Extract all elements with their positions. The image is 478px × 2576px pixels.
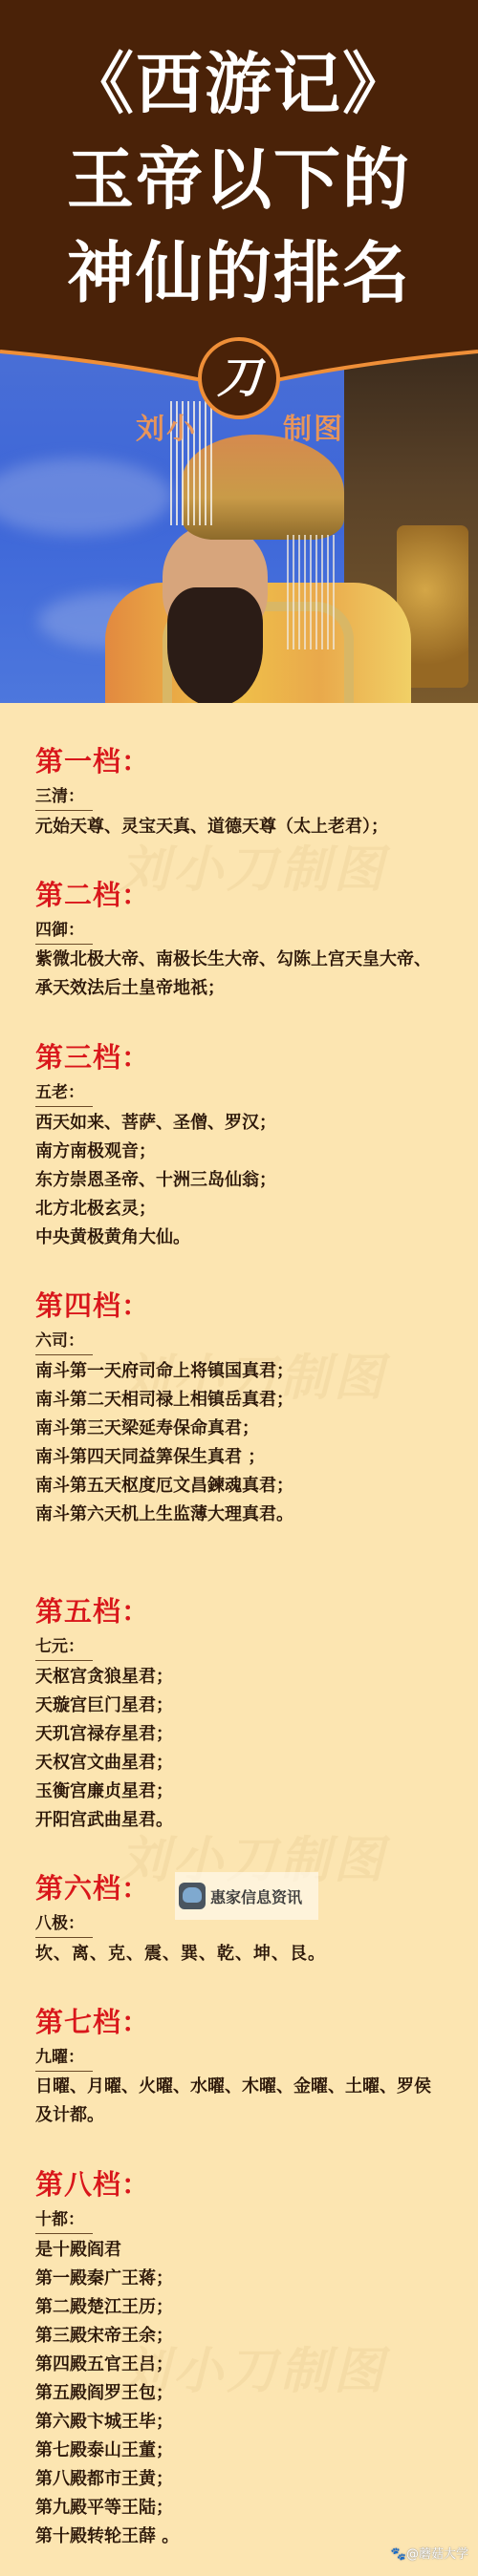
cloud-shape: [0, 458, 172, 535]
blade-logo-badge: 刀: [198, 337, 280, 419]
tier-5-line: 玉衡宫廉贞星君；: [35, 1779, 173, 1804]
tier-title-5: 第五档：: [35, 1595, 150, 1628]
tier-4-line: 南斗第四天同益筭保生真君 ；: [35, 1445, 265, 1470]
tier-5-line: 开阳宫武曲星君。: [35, 1808, 173, 1833]
tier-3-line: 南方南极观音；: [35, 1139, 156, 1164]
tier-8-line: 第八殿都市王黄；: [35, 2467, 173, 2492]
tier-4-line: 南斗第二天相司禄上相镇岳真君；: [35, 1388, 293, 1413]
tier-5-line: 天玑宫禄存星君；: [35, 1722, 173, 1747]
tier-4-line: 南斗第五天枢度厄文昌鍊魂真君；: [35, 1474, 293, 1499]
group-label-4: 六司：: [35, 1331, 93, 1355]
group-label-3: 五老：: [35, 1082, 93, 1107]
tier-8-line: 第九殿平等王陆；: [35, 2496, 173, 2521]
tier-7-line: 日曜、月曜、火曜、水曜、木曜、金曜、土曜、罗侯及计都。: [35, 2073, 446, 2130]
tier-4-line: 南斗第六天机上生监薄大理真君。: [35, 1502, 293, 1527]
tier-8-line: 第二殿楚江王历；: [35, 2295, 173, 2320]
tier-3-line: 中央黄极黄角大仙。: [35, 1225, 190, 1250]
tier-8-line: 第五殿阎罗王包；: [35, 2381, 173, 2406]
tier-8-line: 第七殿泰山王董；: [35, 2438, 173, 2463]
photo-watermark-right: 制图: [283, 405, 344, 447]
tier-8-line: 第十殿转轮王薛 。: [35, 2524, 179, 2549]
tier-title-8: 第八档：: [35, 2168, 150, 2201]
group-label-2: 四御：: [35, 920, 93, 945]
tier-title-6: 第六档：: [35, 1872, 150, 1905]
robot-app-icon: [179, 1883, 206, 1909]
tier-title-4: 第四档：: [35, 1289, 150, 1322]
tier-5-line: 天权宫文曲星君；: [35, 1751, 173, 1776]
tier-6-line: 坎、离、克、震、巽、乾、坤、艮。: [35, 1942, 326, 1967]
photo-watermark-left: 刘小: [136, 405, 197, 447]
tier-5-line: 天枢宫贪狼星君；: [35, 1665, 173, 1690]
tier-8-line: 第三殿宋帝王余；: [35, 2324, 173, 2349]
tier-2-line: 紫微北极大帝、南极长生大帝、勾陈上宫天皇大帝、承天效法后土皇帝地祇；: [35, 946, 446, 1003]
tier-title-2: 第二档：: [35, 879, 150, 911]
title-line-3: 神仙的排名: [0, 235, 478, 311]
tier-3-line: 北方北极玄灵；: [35, 1197, 156, 1222]
title-line-2: 玉帝以下的: [0, 141, 478, 218]
tier-8-line: 第一殿秦广王蒋；: [35, 2267, 173, 2291]
tier-3-line: 西天如来、菩萨、圣僧、罗汉；: [35, 1111, 276, 1136]
group-label-8: 十都：: [35, 2209, 93, 2234]
tier-4-line: 南斗第一天府司命上将镇国真君；: [35, 1359, 293, 1384]
tier-5-line: 天璇宫巨门星君；: [35, 1693, 173, 1718]
tier-title-1: 第一档：: [35, 745, 150, 777]
tier-8-line: 第六殿卞城王毕；: [35, 2410, 173, 2435]
beard-shape: [167, 587, 263, 703]
tier-3-line: 东方崇恩圣帝、十洲三岛仙翁；: [35, 1168, 276, 1193]
tier-title-7: 第七档：: [35, 2006, 150, 2038]
tier-8-line: 是十殿阎君: [35, 2238, 121, 2263]
tier-title-3: 第三档：: [35, 1041, 150, 1074]
tier-1-line: 元始天尊、灵宝天真、道德天尊（太上老君）；: [35, 815, 388, 840]
tier-8-line: 第四殿五官王吕；: [35, 2352, 173, 2377]
group-label-1: 三清：: [35, 786, 93, 811]
crown-tassels: [287, 535, 335, 649]
tier-4-line: 南斗第三天梁延寿保命真君；: [35, 1416, 259, 1441]
group-label-6: 八极：: [35, 1913, 93, 1938]
background-watermark: 刘小刀制图: [119, 829, 387, 901]
author-watermark: 🐾@蘑菇大学: [391, 2544, 468, 2562]
group-label-5: 七元：: [35, 1636, 93, 1661]
group-label-7: 九曜：: [35, 2047, 93, 2072]
news-source-overlay: 惠家信息资讯: [175, 1872, 318, 1920]
title-line-1: 《西游记》: [0, 46, 478, 122]
news-source-label: 惠家信息资讯: [210, 1885, 302, 1907]
